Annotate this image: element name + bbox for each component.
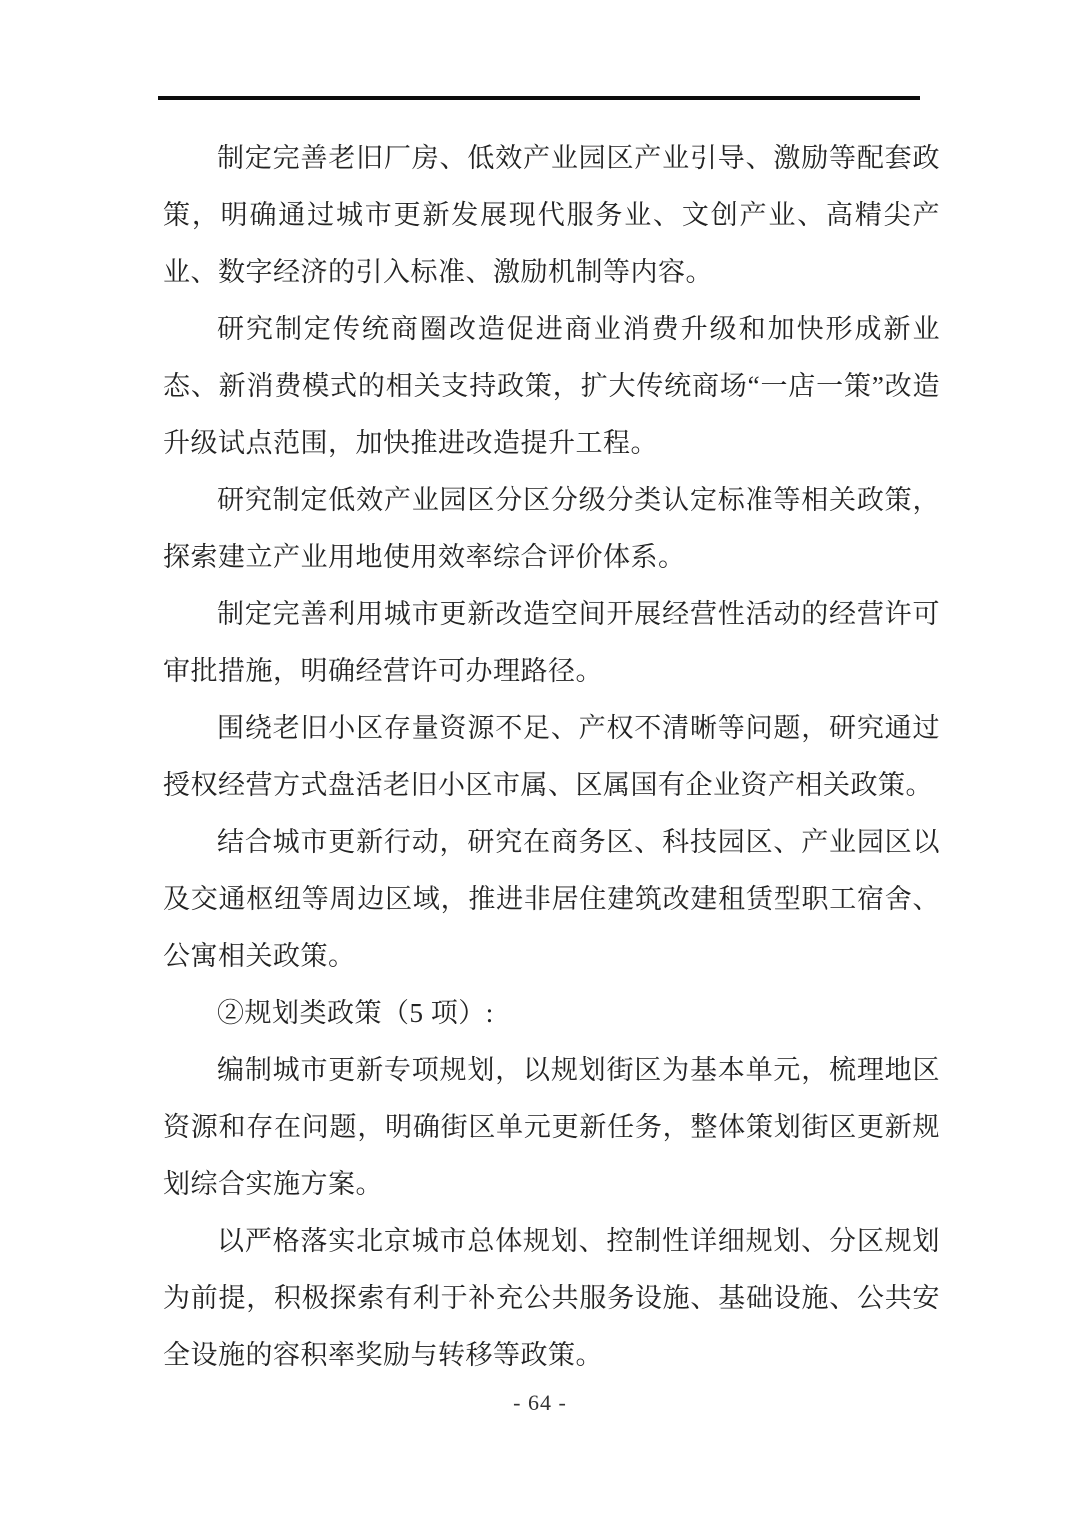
- paragraph: 编制城市更新专项规划，以规划街区为基本单元，梳理地区资源和存在问题，明确街区单元…: [163, 1042, 940, 1213]
- document-body: 制定完善老旧厂房、低效产业园区产业引导、激励等配套政策，明确通过城市更新发展现代…: [163, 130, 940, 1384]
- paragraph: 研究制定传统商圈改造促进商业消费升级和加快形成新业态、新消费模式的相关支持政策，…: [163, 301, 940, 472]
- header-rule: [158, 96, 920, 100]
- paragraph: 以严格落实北京城市总体规划、控制性详细规划、分区规划为前提，积极探索有利于补充公…: [163, 1213, 940, 1384]
- paragraph: 制定完善利用城市更新改造空间开展经营性活动的经营许可审批措施，明确经营许可办理路…: [163, 586, 940, 700]
- section-heading: ②规划类政策（5 项）:: [163, 985, 940, 1042]
- page-number: - 64 -: [0, 1390, 1080, 1416]
- paragraph: 制定完善老旧厂房、低效产业园区产业引导、激励等配套政策，明确通过城市更新发展现代…: [163, 130, 940, 301]
- document-page: 制定完善老旧厂房、低效产业园区产业引导、激励等配套政策，明确通过城市更新发展现代…: [0, 0, 1080, 1528]
- paragraph: 研究制定低效产业园区分区分级分类认定标准等相关政策，探索建立产业用地使用效率综合…: [163, 472, 940, 586]
- paragraph: 结合城市更新行动，研究在商务区、科技园区、产业园区以及交通枢纽等周边区域，推进非…: [163, 814, 940, 985]
- paragraph: 围绕老旧小区存量资源不足、产权不清晰等问题，研究通过授权经营方式盘活老旧小区市属…: [163, 700, 940, 814]
